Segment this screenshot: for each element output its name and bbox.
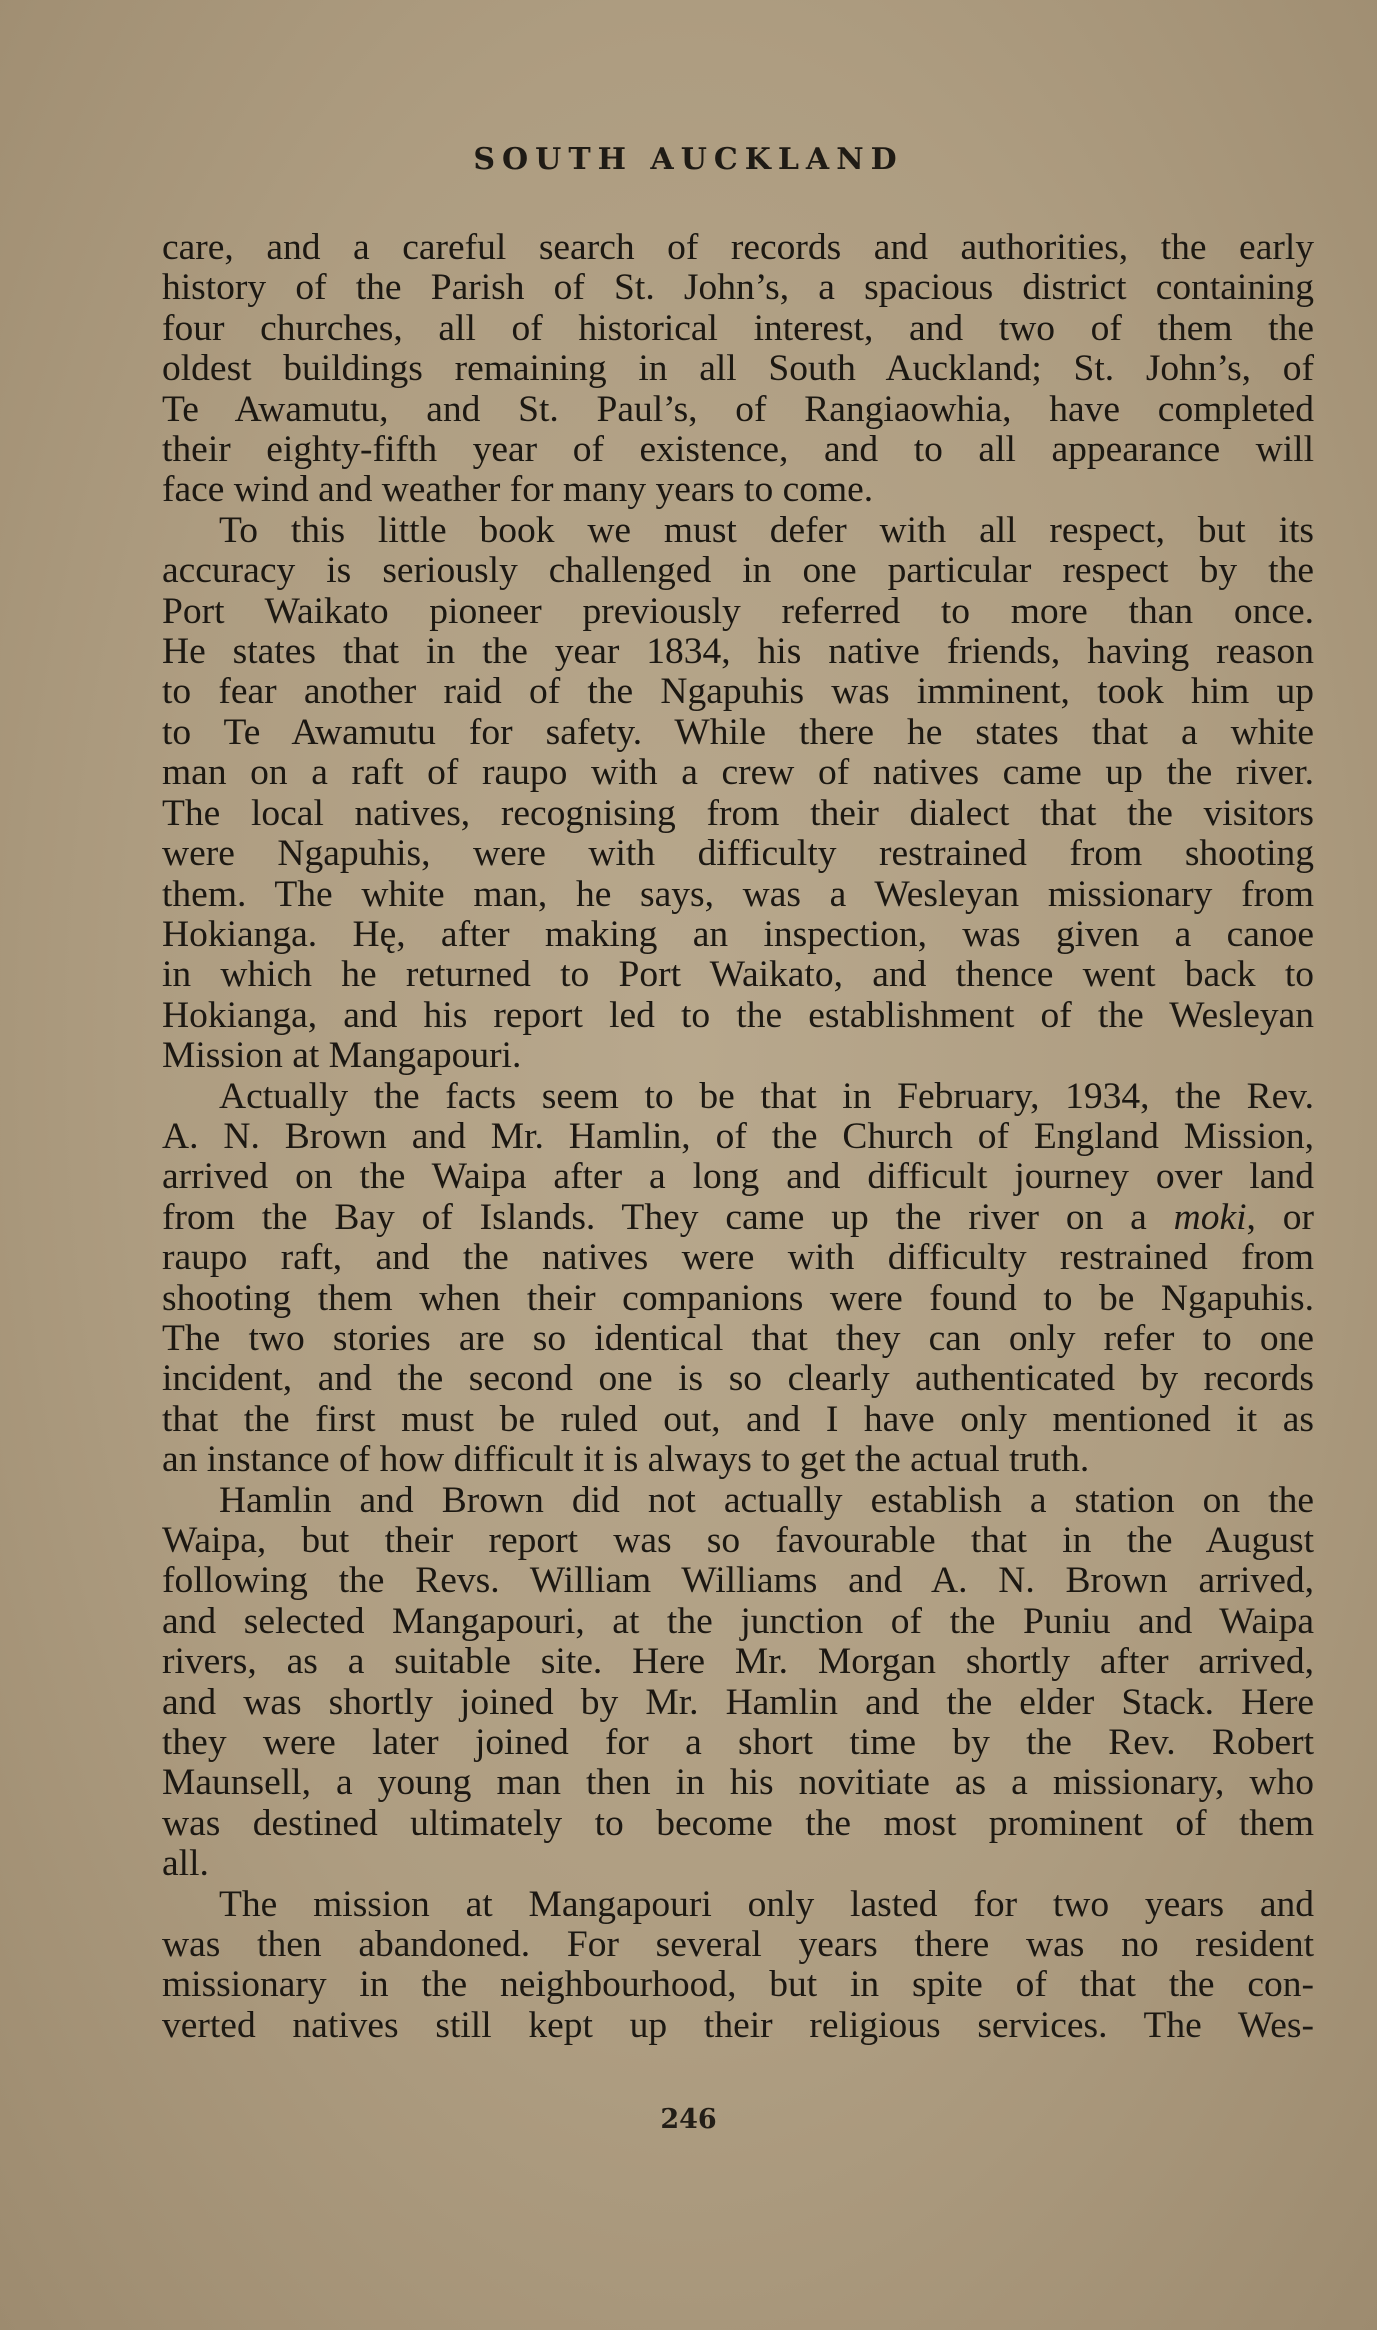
text-line: man on a raft of raupo with a crew of na… bbox=[162, 753, 1314, 793]
text-line: Waipa, but their report was so favourabl… bbox=[162, 1521, 1314, 1561]
text-line: all. bbox=[162, 1844, 1314, 1884]
paragraph-5: The mission at Mangapouri only lasted fo… bbox=[162, 1885, 1314, 2047]
text-line: shooting them when their companions were… bbox=[162, 1279, 1314, 1319]
text-line: Maunsell, a young man then in his noviti… bbox=[162, 1763, 1314, 1803]
text-line: He states that in the year 1834, his nat… bbox=[162, 632, 1314, 672]
text-line: Mission at Mangapouri. bbox=[162, 1036, 1314, 1076]
text-line: to Te Awamutu for safety. While there he… bbox=[162, 713, 1314, 753]
text-line: an instance of how difficult it is alway… bbox=[162, 1440, 1314, 1480]
text-line: The two stories are so identical that th… bbox=[162, 1319, 1314, 1359]
running-head: SOUTH AUCKLAND bbox=[0, 142, 1377, 177]
text-line: verted natives still kept up their relig… bbox=[162, 2006, 1314, 2046]
text-line: Port Waikato pioneer previously referred… bbox=[162, 592, 1314, 632]
text-line: arrived on the Waipa after a long and di… bbox=[162, 1157, 1314, 1197]
text-line: in which he returned to Port Waikato, an… bbox=[162, 955, 1314, 995]
page-number: 246 bbox=[0, 2104, 1377, 2135]
text-line: and was shortly joined by Mr. Hamlin and… bbox=[162, 1683, 1314, 1723]
text-line: their eighty-fifth year of existence, an… bbox=[162, 430, 1314, 470]
text-line: four churches, all of historical interes… bbox=[162, 309, 1314, 349]
text-line: was then abandoned. For several years th… bbox=[162, 1925, 1314, 1965]
text-line: history of the Parish of St. John’s, a s… bbox=[162, 268, 1314, 308]
text-line: care, and a careful search of records an… bbox=[162, 228, 1314, 268]
text-segment: from the Bay of Islands. They came up th… bbox=[162, 1197, 1174, 1238]
text-line: Te Awamutu, and St. Paul’s, of Rangiaowh… bbox=[162, 390, 1314, 430]
text-line: Hamlin and Brown did not actually establ… bbox=[162, 1481, 1314, 1521]
text-line: incident, and the second one is so clear… bbox=[162, 1359, 1314, 1399]
text-line: A. N. Brown and Mr. Hamlin, of the Churc… bbox=[162, 1117, 1314, 1157]
italic-term-moki: moki bbox=[1174, 1197, 1247, 1238]
text-line: missionary in the neighbourhood, but in … bbox=[162, 1965, 1314, 2005]
text-line: them. The white man, he says, was a Wesl… bbox=[162, 875, 1314, 915]
paragraph-4: Hamlin and Brown did not actually establ… bbox=[162, 1481, 1314, 1885]
text-line: were Ngapuhis, were with difficulty rest… bbox=[162, 834, 1314, 874]
text-line: following the Revs. William Williams and… bbox=[162, 1561, 1314, 1601]
text-line: that the first must be ruled out, and I … bbox=[162, 1400, 1314, 1440]
text-line: rivers, as a suitable site. Here Mr. Mor… bbox=[162, 1642, 1314, 1682]
text-line: face wind and weather for many years to … bbox=[162, 470, 1314, 510]
text-line: To this little book we must defer with a… bbox=[162, 511, 1314, 551]
text-line: The mission at Mangapouri only lasted fo… bbox=[162, 1885, 1314, 1925]
text-line: Actually the facts seem to be that in Fe… bbox=[162, 1077, 1314, 1117]
text-line: and selected Mangapouri, at the junction… bbox=[162, 1602, 1314, 1642]
text-line: to fear another raid of the Ngapuhis was… bbox=[162, 672, 1314, 712]
text-line: Hokianga. Hę, after making an inspection… bbox=[162, 915, 1314, 955]
text-line: they were later joined for a short time … bbox=[162, 1723, 1314, 1763]
book-page: SOUTH AUCKLAND care, and a careful searc… bbox=[0, 0, 1377, 2330]
text-segment: , or bbox=[1247, 1197, 1314, 1238]
body-text: care, and a careful search of records an… bbox=[162, 228, 1314, 2046]
paragraph-1: care, and a careful search of records an… bbox=[162, 228, 1314, 511]
text-line: was destined ultimately to become the mo… bbox=[162, 1804, 1314, 1844]
paragraph-2: To this little book we must defer with a… bbox=[162, 511, 1314, 1077]
text-line-with-italic: from the Bay of Islands. They came up th… bbox=[162, 1198, 1314, 1238]
text-line: oldest buildings remaining in all South … bbox=[162, 349, 1314, 389]
paragraph-3: Actually the facts seem to be that in Fe… bbox=[162, 1077, 1314, 1481]
text-line: accuracy is seriously challenged in one … bbox=[162, 551, 1314, 591]
text-line: The local natives, recognising from thei… bbox=[162, 794, 1314, 834]
text-line: Hokianga, and his report led to the esta… bbox=[162, 996, 1314, 1036]
text-line: raupo raft, and the natives were with di… bbox=[162, 1238, 1314, 1278]
